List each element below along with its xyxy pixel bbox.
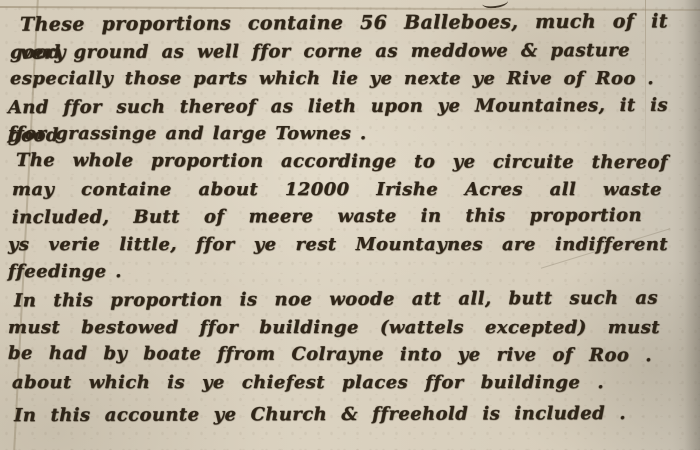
manuscript-text-block: These proportions containe 56 Balleboes,… [6, 10, 668, 429]
manuscript-line: In this proportion is noe woode att all,… [6, 284, 668, 314]
scan-edge-shadow [684, 0, 700, 450]
manuscript-line: especially those parts which lie ye next… [6, 65, 668, 93]
manuscript-line: ffeedinge . [6, 258, 668, 286]
manuscript-line: must bestowed ffor buildinge (wattels ex… [6, 314, 668, 342]
manuscript-line: In this accounte ye Church & ffreehold i… [6, 400, 668, 430]
manuscript-line: And ffor such thereof as lieth upon ye M… [6, 92, 668, 122]
manuscript-line: included, Butt of meere waste in this pr… [6, 202, 668, 232]
manuscript-line: These proportions containe 56 Balleboes,… [6, 8, 668, 39]
manuscript-line: good ground as well ffor corne as meddow… [6, 36, 668, 66]
manuscript-line: The whole proportion accordinge to ye ci… [6, 147, 668, 177]
manuscript-line: may containe about 12000 Irishe Acres al… [6, 176, 668, 204]
manuscript-line: ys verie little, ffor ye rest Mountaynes… [6, 231, 668, 259]
manuscript-line: about which is ye chiefest places ffor b… [6, 369, 668, 397]
manuscript-line: ffor grassinge and large Townes . [6, 120, 668, 148]
manuscript-page: These proportions containe 56 Balleboes,… [0, 0, 700, 450]
manuscript-line: be had by boate ffrom Colrayne into ye r… [6, 340, 668, 370]
